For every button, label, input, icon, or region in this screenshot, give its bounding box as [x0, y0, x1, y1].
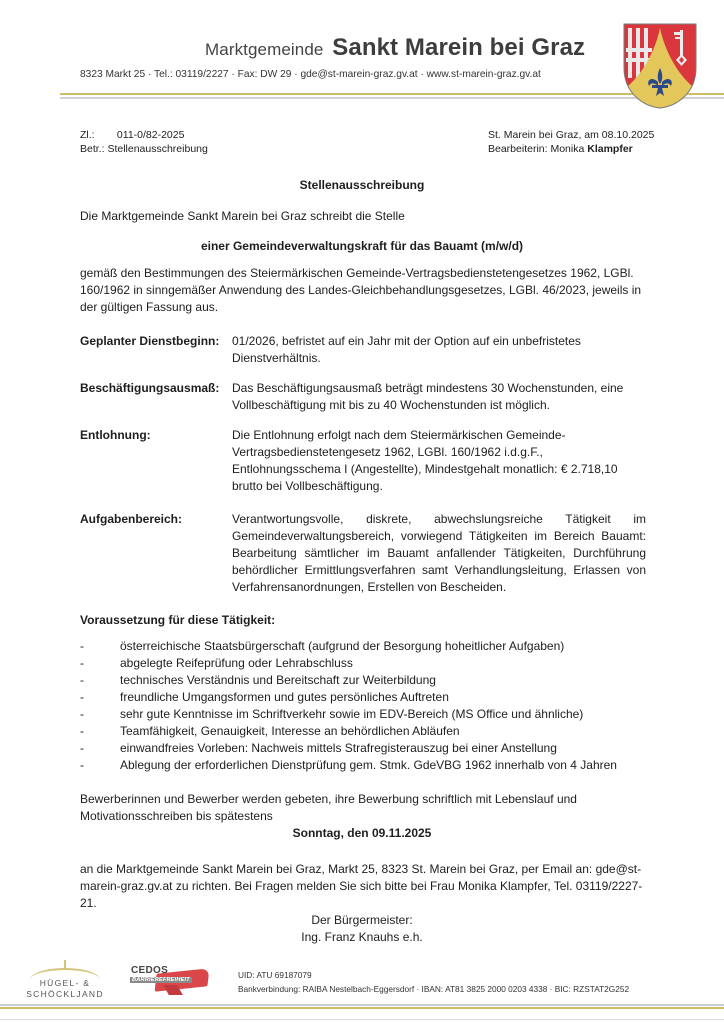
detail-value: Die Entlohnung erfolgt nach dem Steiermä…	[232, 427, 646, 495]
requirements-heading: Voraussetzung für diese Tätigkeit:	[80, 613, 275, 627]
list-item: -Ablegung der erforderlichen Dienstprüfu…	[80, 757, 660, 774]
detail-label: Entlohnung:	[80, 427, 232, 495]
submission-text: an die Marktgemeinde Sankt Marein bei Gr…	[80, 861, 650, 912]
letterhead-contact: 8323 Markt 25 · Tel.: 03119/2227 · Fax: …	[80, 69, 541, 80]
detail-value: 01/2026, befristet auf ein Jahr mit der …	[232, 333, 646, 367]
detail-label: Aufgabenbereich:	[80, 511, 232, 596]
detail-label: Beschäftigungsausmaß:	[80, 380, 232, 414]
legal-basis-text: gemäß den Bestimmungen des Steiermärkisc…	[80, 265, 650, 316]
letterhead-title-main: Sankt Marein bei Graz	[332, 34, 585, 61]
subject-label: Betr.:	[80, 143, 105, 155]
signature-name: Ing. Franz Knauhs e.h.	[0, 929, 724, 946]
date-block: St. Marein bei Graz, am 08.10.2025 Bearb…	[488, 128, 654, 156]
coat-of-arms-icon	[622, 22, 698, 110]
document-heading: Stellenausschreibung	[0, 178, 724, 192]
intro-text: Die Marktgemeinde Sankt Marein bei Graz …	[80, 208, 646, 225]
list-item: -technisches Verständnis und Bereitschaf…	[80, 672, 660, 689]
requirements-list: -österreichische Staatsbürgerschaft (auf…	[80, 638, 660, 774]
footer-info: UID: ATU 69187079 Bankverbindung: RAIBA …	[238, 968, 629, 996]
signature-title: Der Bürgermeister:	[0, 912, 724, 929]
reference-block: Zl.: 011-0/82-2025 Betr.: Stellenausschr…	[80, 128, 208, 156]
detail-row-salary: Entlohnung: Die Entlohnung erfolgt nach …	[80, 427, 646, 495]
application-deadline: Sonntag, den 09.11.2025	[0, 826, 724, 840]
huegel-schoecklland-logo: HÜGEL- & SCHÖCKLJAND	[20, 960, 110, 1000]
editor-label: Bearbeiterin: Monika	[488, 143, 584, 155]
list-item: -freundliche Umgangsformen und gutes per…	[80, 689, 660, 706]
detail-label: Geplanter Dienstbeginn:	[80, 333, 232, 367]
letterhead-title-prefix: Marktgemeinde	[205, 40, 323, 59]
editor-surname: Klampfer	[587, 143, 633, 155]
list-item: -einwandfreies Vorleben: Nachweis mittel…	[80, 740, 660, 757]
subject-value: Stellenausschreibung	[107, 143, 207, 155]
footer-bank: Bankverbindung: RAIBA Nestelbach-Eggersd…	[238, 982, 629, 996]
position-title: einer Gemeindeverwaltungskraft für das B…	[0, 239, 724, 253]
detail-value: Verantwortungsvolle, diskrete, abwechslu…	[232, 511, 646, 596]
place-date: St. Marein bei Graz, am 08.10.2025	[488, 128, 654, 142]
list-item: -sehr gute Kenntnisse im Schriftverkehr …	[80, 706, 660, 723]
signature-block: Der Bürgermeister: Ing. Franz Knauhs e.h…	[0, 912, 724, 946]
detail-row-start-date: Geplanter Dienstbeginn: 01/2026, befrist…	[80, 333, 646, 367]
detail-value: Das Beschäftigungsausmaß beträgt mindest…	[232, 380, 646, 414]
letterhead-title: Marktgemeinde Sankt Marein bei Graz	[205, 34, 585, 62]
footer-uid: UID: ATU 69187079	[238, 968, 629, 982]
list-item: -österreichische Staatsbürgerschaft (auf…	[80, 638, 660, 655]
application-text: Bewerberinnen und Bewerber werden gebete…	[80, 791, 640, 825]
reference-number: 011-0/82-2025	[117, 129, 185, 141]
detail-row-employment-extent: Beschäftigungsausmaß: Das Beschäftigungs…	[80, 380, 646, 414]
footer-divider-grey	[0, 1004, 724, 1006]
footer-divider-gold	[0, 1007, 724, 1009]
detail-row-responsibilities: Aufgabenbereich: Verantwortungsvolle, di…	[80, 511, 646, 596]
cedos-barrierefreiheit-logo: CEDOS BARRIEREFREIHEIT	[128, 965, 210, 999]
list-item: -Teamfähigkeit, Genauigkeit, Interesse a…	[80, 723, 660, 740]
reference-number-label: Zl.:	[80, 128, 114, 142]
footer-divider-grey-bottom	[0, 1019, 724, 1020]
list-item: -abgelegte Reifeprüfung oder Lehrabschlu…	[80, 655, 660, 672]
